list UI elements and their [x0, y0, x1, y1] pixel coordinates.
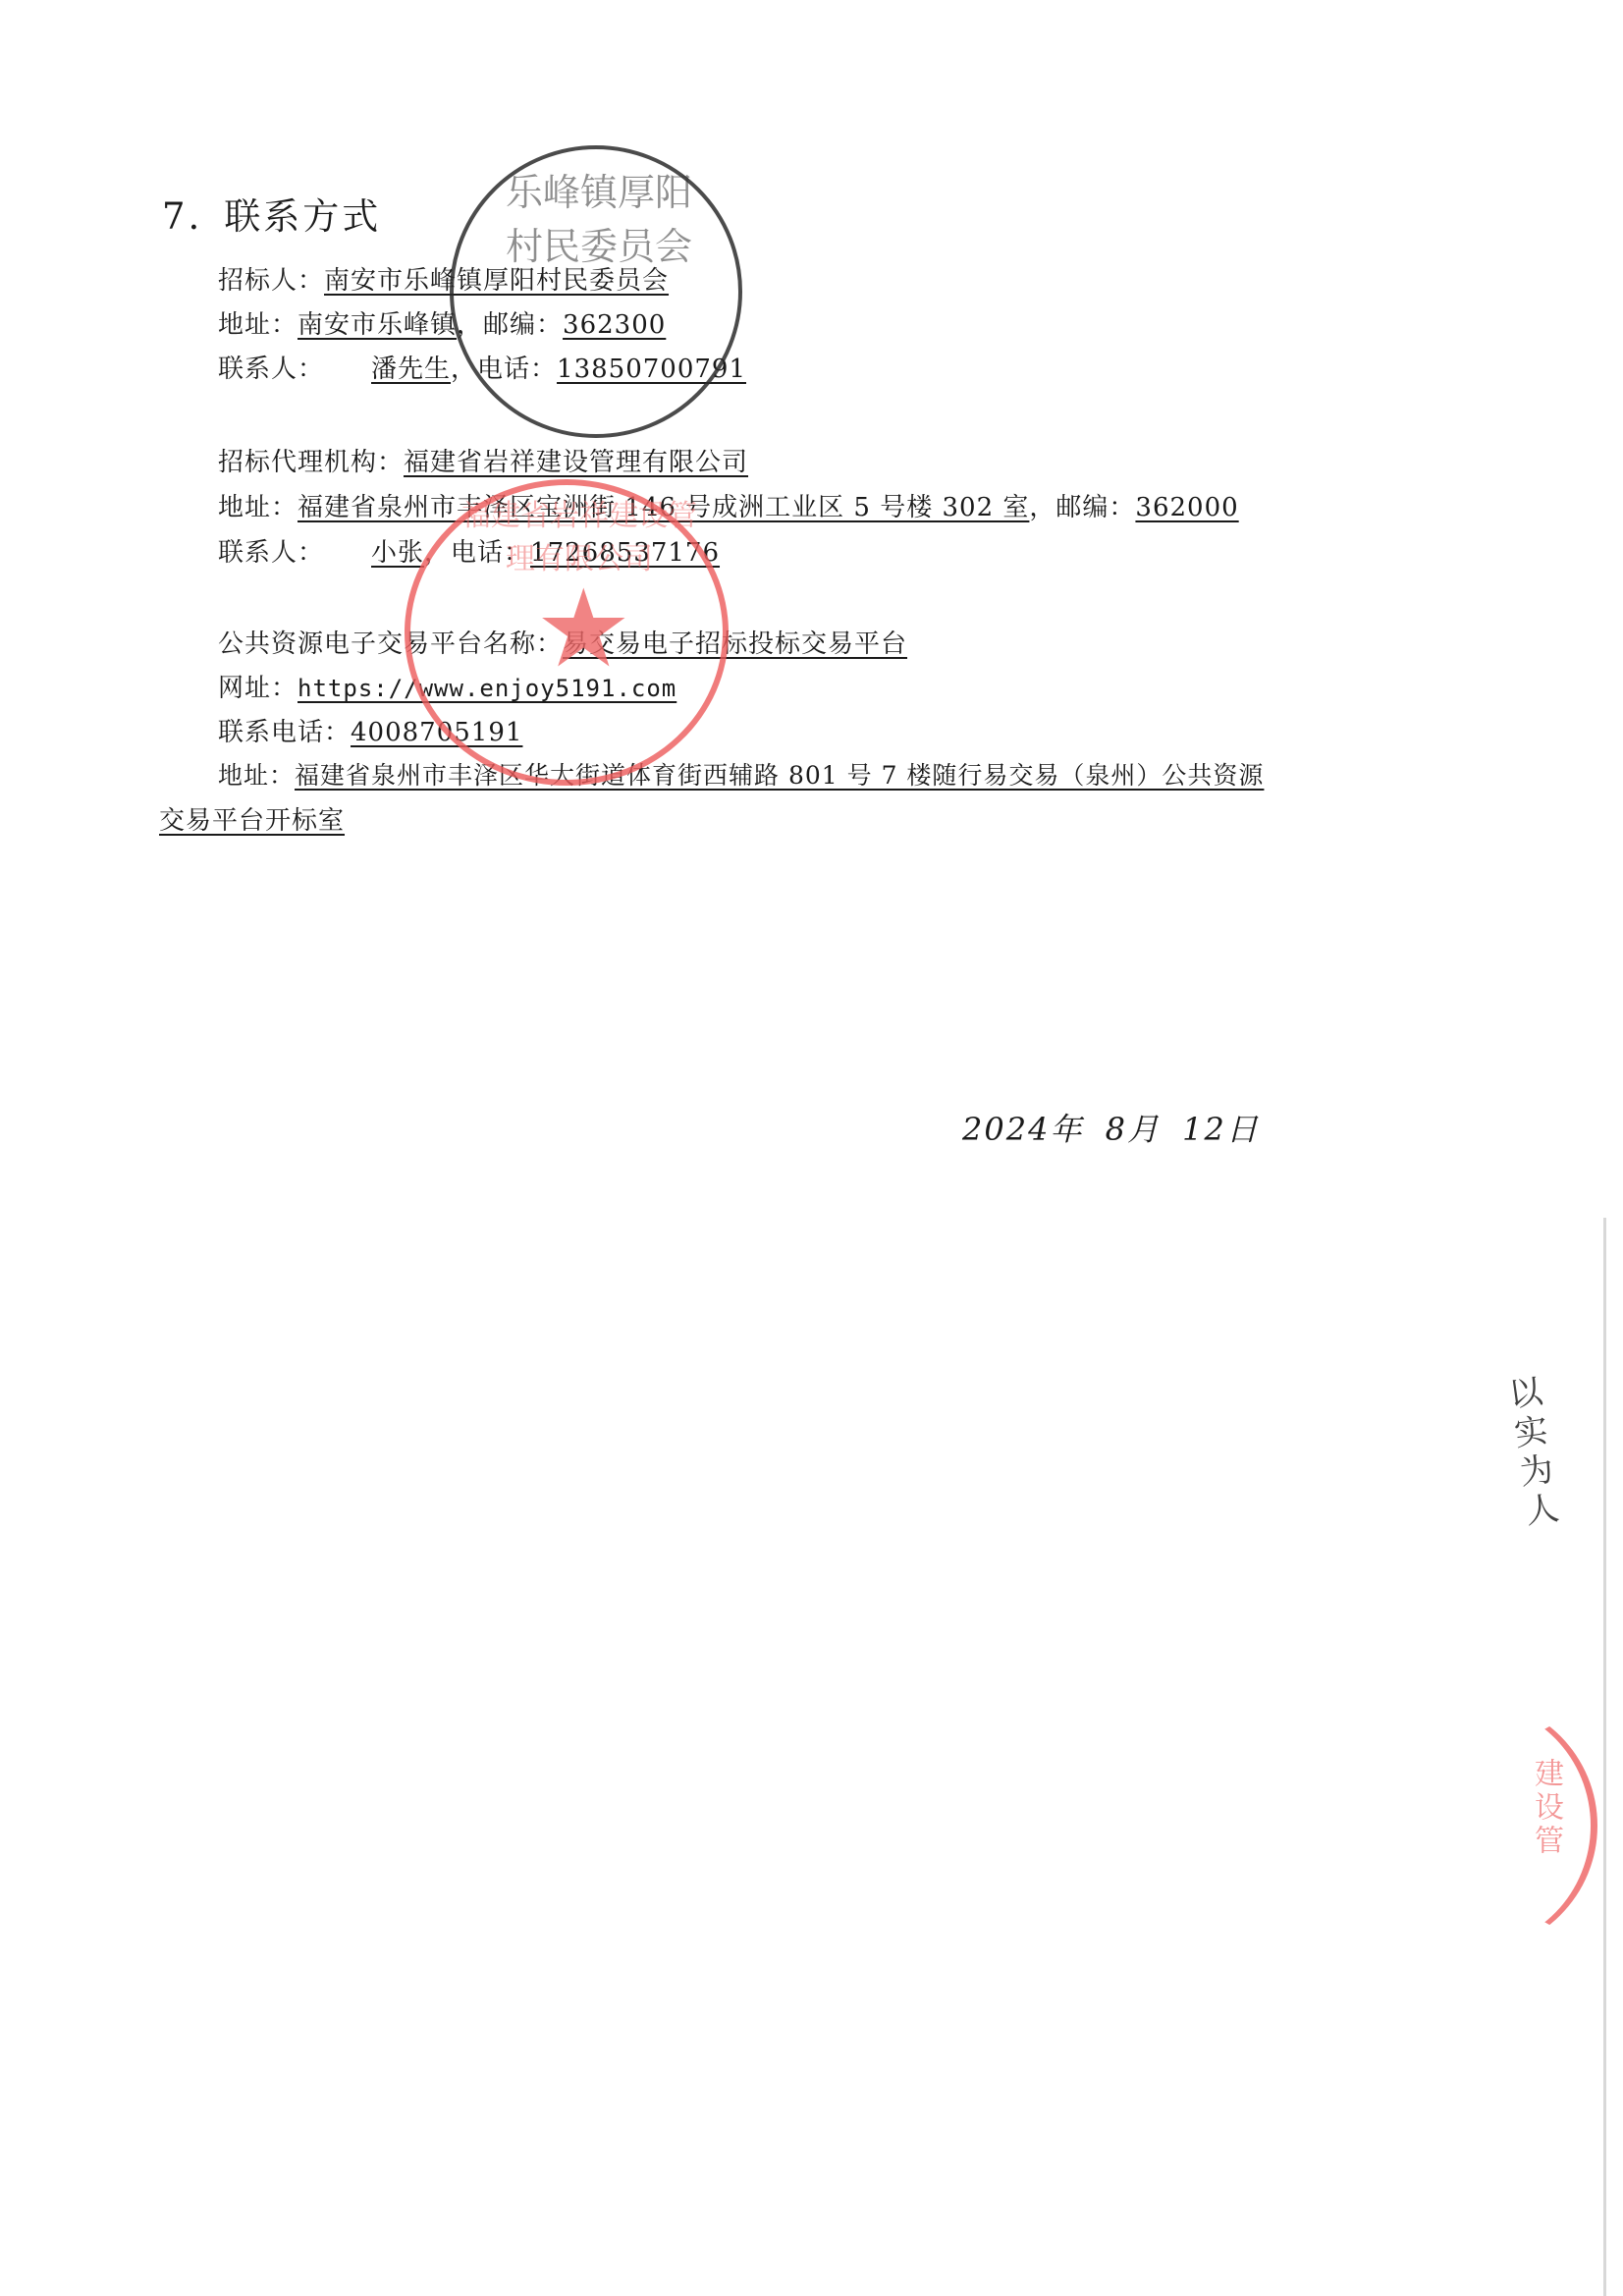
section-heading: 7.联系方式	[162, 187, 381, 240]
platform-address-line2: 交易平台开标室	[159, 806, 345, 836]
agency-contact-name: 小张	[371, 538, 424, 568]
platform-address-label: 地址：	[218, 761, 295, 790]
partial-seam-seal	[1434, 1699, 1597, 1952]
agency-address-label: 地址：	[218, 493, 298, 522]
tenderer-contact-name: 潘先生	[371, 355, 451, 384]
document-page: 7.联系方式 招标人：南安市乐峰镇厚阳村民委员会 地址：南安市乐峰镇，邮编：36…	[0, 0, 1623, 2296]
platform-address-continuation: 交易平台开标室	[159, 800, 345, 837]
agency-address-line: 地址：福建省泉州市丰泽区宝洲街 146 号成洲工业区 5 号楼 302 室，邮编…	[218, 487, 1239, 523]
platform-address-line1: 福建省泉州市丰泽区华大街道体育街西辅路 801 号 7 楼随行易交易（泉州）公共…	[295, 761, 1264, 790]
handwritten-margin-note: 以实为人	[1496, 1372, 1566, 1534]
agency-postcode: 362000	[1135, 493, 1238, 522]
village-seal-text: 乐峰镇厚阳村民委员会	[501, 162, 697, 270]
tenderer-address: 南安市乐峰镇	[298, 310, 457, 340]
section-number: 7.	[162, 195, 202, 238]
platform-url-label: 网址：	[218, 674, 298, 703]
seal-star-icon: ★	[535, 574, 632, 683]
platform-phone-label: 联系电话：	[218, 718, 351, 747]
agency-postcode-label: ，邮编：	[1029, 493, 1135, 522]
tenderer-label: 招标人：	[218, 266, 324, 296]
agency-label: 招标代理机构：	[218, 448, 404, 477]
section-title: 联系方式	[224, 195, 381, 238]
tenderer-address-label: 地址：	[218, 310, 298, 340]
company-seal-text: 福建省岩祥建设管理有限公司	[461, 491, 697, 577]
signature-date: 2024年 8月 12日	[962, 1105, 1270, 1150]
date-month: 8月	[1106, 1111, 1161, 1148]
platform-address-line: 地址：福建省泉州市丰泽区华大街道体育街西辅路 801 号 7 楼随行易交易（泉州…	[218, 756, 1264, 792]
agency-contact-label: 联系人：	[218, 538, 324, 568]
tenderer-contact-label: 联系人：	[218, 355, 324, 384]
date-year: 2024年	[962, 1111, 1083, 1148]
date-day: 12日	[1182, 1111, 1260, 1148]
agency-line: 招标代理机构：福建省岩祥建设管理有限公司	[218, 442, 748, 478]
scan-edge-line	[1603, 1218, 1606, 2296]
agency-name: 福建省岩祥建设管理有限公司	[404, 448, 748, 477]
partial-seam-seal-text: 建设管	[1524, 1758, 1567, 1858]
